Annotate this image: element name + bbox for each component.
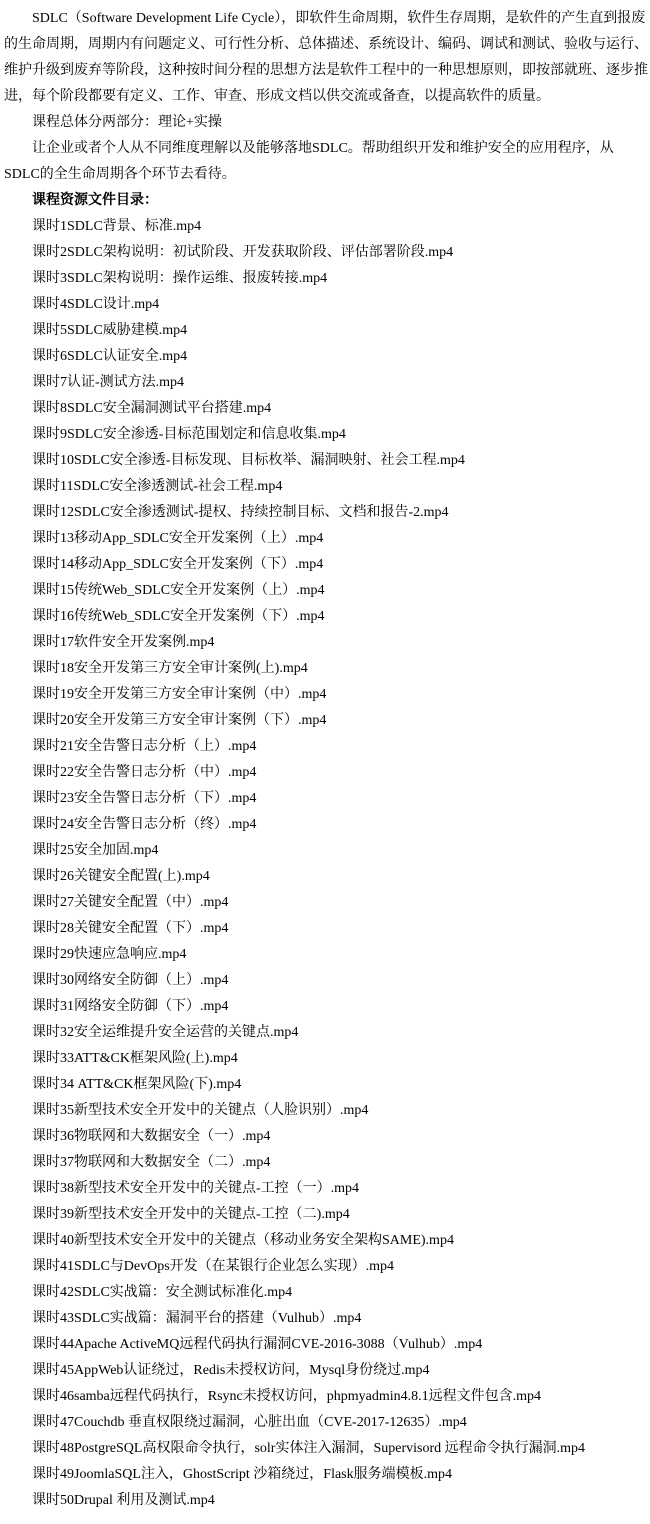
intro-paragraph-sdlc-definition: SDLC（Software Development Life Cycle），即软… [4, 6, 648, 110]
course-item: 课时32安全运维提升安全运营的关键点.mp4 [4, 1020, 648, 1046]
course-item: 课时13移动App_SDLC安全开发案例（上）.mp4 [4, 526, 648, 552]
course-item: 课时20安全开发第三方安全审计案例（下）.mp4 [4, 708, 648, 734]
course-item: 课时1SDLC背景、标准.mp4 [4, 214, 648, 240]
course-item: 课时24安全告警日志分析（终）.mp4 [4, 812, 648, 838]
course-item: 课时41SDLC与DevOps开发（在某银行企业怎么实现）.mp4 [4, 1254, 648, 1280]
course-item: 课时49JoomlaSQL注入，GhostScript 沙箱绕过，Flask服务… [4, 1462, 648, 1488]
course-item: 课时21安全告警日志分析（上）.mp4 [4, 734, 648, 760]
intro-paragraph-course-goal: 让企业或者个人从不同维度理解以及能够落地SDLC。帮助组织开发和维护安全的应用程… [4, 136, 648, 188]
course-item: 课时43SDLC实战篇：漏洞平台的搭建（Vulhub）.mp4 [4, 1306, 648, 1332]
course-item: 课时10SDLC安全渗透-目标发现、目标枚举、漏洞映射、社会工程.mp4 [4, 448, 648, 474]
course-item: 课时46samba远程代码执行，Rsync未授权访问，phpmyadmin4.8… [4, 1384, 648, 1410]
course-item: 课时22安全告警日志分析（中）.mp4 [4, 760, 648, 786]
course-item: 课时3SDLC架构说明：操作运维、报废转接.mp4 [4, 266, 648, 292]
document-body: SDLC（Software Development Life Cycle），即软… [0, 0, 650, 1524]
course-item: 课时15传统Web_SDLC安全开发案例（上）.mp4 [4, 578, 648, 604]
course-item: 课时2SDLC架构说明：初试阶段、开发获取阶段、评估部署阶段.mp4 [4, 240, 648, 266]
course-item: 课时14移动App_SDLC安全开发案例（下）.mp4 [4, 552, 648, 578]
course-item: 课时19安全开发第三方安全审计案例（中）.mp4 [4, 682, 648, 708]
course-item: 课时34 ATT&CK框架风险(下).mp4 [4, 1072, 648, 1098]
course-item: 课时45AppWeb认证绕过，Redis未授权访问，Mysql身份绕过.mp4 [4, 1358, 648, 1384]
course-item: 课时44Apache ActiveMQ远程代码执行漏洞CVE-2016-3088… [4, 1332, 648, 1358]
course-item: 课时33ATT&CK框架风险(上).mp4 [4, 1046, 648, 1072]
course-item: 课时6SDLC认证安全.mp4 [4, 344, 648, 370]
course-item: 课时26关键安全配置(上).mp4 [4, 864, 648, 890]
course-item: 课时36物联网和大数据安全（一）.mp4 [4, 1124, 648, 1150]
course-item: 课时42SDLC实战篇：安全测试标准化.mp4 [4, 1280, 648, 1306]
course-item: 课时11SDLC安全渗透测试-社会工程.mp4 [4, 474, 648, 500]
course-item: 课时18安全开发第三方安全审计案例(上).mp4 [4, 656, 648, 682]
course-item: 课时30网络安全防御（上）.mp4 [4, 968, 648, 994]
intro-paragraph-course-parts: 课程总体分两部分：理论+实操 [4, 110, 648, 136]
course-item: 课时48PostgreSQL高权限命令执行，solr实体注入漏洞，Supervi… [4, 1436, 648, 1462]
course-item: 课时9SDLC安全渗透-目标范围划定和信息收集.mp4 [4, 422, 648, 448]
course-item: 课时4SDLC设计.mp4 [4, 292, 648, 318]
course-item: 课时5SDLC威胁建模.mp4 [4, 318, 648, 344]
course-item: 课时35新型技术安全开发中的关键点（人脸识别）.mp4 [4, 1098, 648, 1124]
course-item: 课时16传统Web_SDLC安全开发案例（下）.mp4 [4, 604, 648, 630]
course-item: 课时12SDLC安全渗透测试-提权、持续控制目标、文档和报告-2.mp4 [4, 500, 648, 526]
course-item: 课时7认证-测试方法.mp4 [4, 370, 648, 396]
course-item: 课时47Couchdb 垂直权限绕过漏洞，心脏出血（CVE-2017-12635… [4, 1410, 648, 1436]
course-item: 课时27关键安全配置（中）.mp4 [4, 890, 648, 916]
course-item: 课时25安全加固.mp4 [4, 838, 648, 864]
course-item: 课时38新型技术安全开发中的关键点-工控（一）.mp4 [4, 1176, 648, 1202]
course-item: 课时23安全告警日志分析（下）.mp4 [4, 786, 648, 812]
course-item: 课时37物联网和大数据安全（二）.mp4 [4, 1150, 648, 1176]
course-item: 课时28关键安全配置（下）.mp4 [4, 916, 648, 942]
course-item: 课时39新型技术安全开发中的关键点-工控（二).mp4 [4, 1202, 648, 1228]
course-item: 课时17软件安全开发案例.mp4 [4, 630, 648, 656]
course-item: 课时8SDLC安全漏洞测试平台搭建.mp4 [4, 396, 648, 422]
course-item: 课时31网络安全防御（下）.mp4 [4, 994, 648, 1020]
course-item: 课时40新型技术安全开发中的关键点（移动业务安全架构SAME).mp4 [4, 1228, 648, 1254]
catalog-heading: 课程资源文件目录： [4, 188, 648, 214]
course-item: 课时50Drupal 利用及测试.mp4 [4, 1488, 648, 1514]
course-item: 课时29快速应急响应.mp4 [4, 942, 648, 968]
